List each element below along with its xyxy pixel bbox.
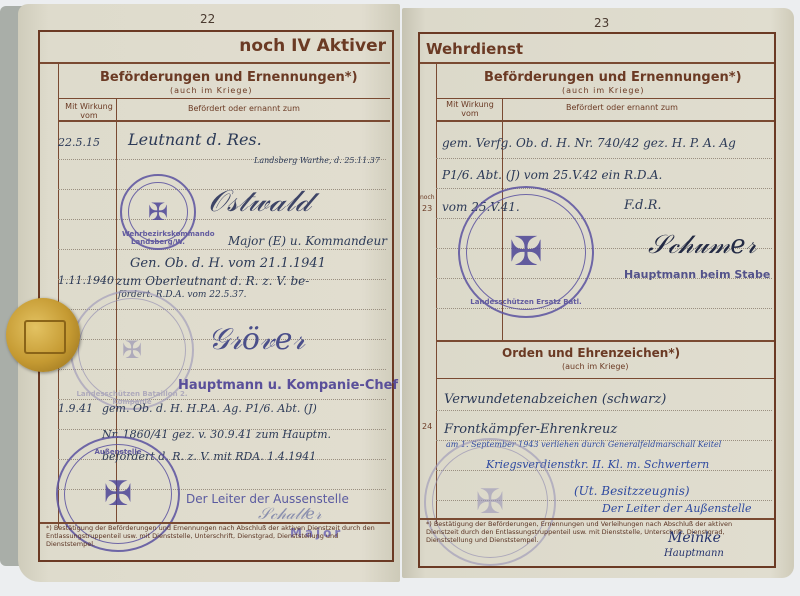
ruled-line [58,249,386,250]
page-number: 23 [594,16,609,30]
eagle-emblem-icon: ✠ [476,482,505,522]
ruled-line [58,219,386,220]
entry-text: Leutnant d. Res. [128,130,262,149]
signature: 𝒪𝓈𝓉𝓌𝒶𝓁𝒹 [208,184,311,219]
divider [40,62,390,64]
divider [436,378,774,379]
ruled-line [436,188,772,189]
entry-text: P1/6. Abt. (J) vom 25.V.42 ein R.D.A. [442,168,662,182]
divider [58,120,390,122]
stamp-wehrbezirkskommando: ✠ Wehrbezirkskommando Landsberg/W. [120,174,196,250]
entry-text: Gen. Ob. d. H. vom 21.1.1941 [130,256,326,271]
footnote: *) Bestätigung der Beförderungen und Ern… [46,524,386,548]
ruled-line [436,308,772,309]
section-title: Beförderungen und Ernennungen*) [100,70,358,85]
entry-date: 22.5.15 [58,136,100,149]
signature: 𝒮𝒸𝒽𝓊𝓂𝑒𝓇 [648,230,757,261]
divider [436,120,774,122]
section-title: Beförderungen und Ernennungen*) [484,70,742,85]
order-entry: Der Leiter der Außenstelle [602,502,752,515]
stamp-ersatz-bataillon: ✠ Landesschützen Ersatz Batl. [458,186,594,318]
col-rank-header: Befördert oder ernannt zum [566,103,678,112]
divider [436,98,774,99]
ruled-line [436,410,772,411]
divider [420,62,774,64]
orders-title: Orden und Ehrenzeichen*) [502,346,680,360]
col-date-header: Mit Wirkung vom [440,100,500,118]
left-page: 22 noch IV Aktiver Beförderungen und Ern… [18,4,400,582]
entry-date: 1.11.1940 [58,274,114,287]
entry-text: F.d.R. [624,198,662,213]
entry-text: Landsberg Warthe, d. 25.11.37 [254,156,380,165]
entry-text: Major (E) u. Kommandeur [228,234,387,248]
stamp-title: Hauptmann beim Stabe [624,268,770,281]
col-date-header: Mit Wirkung vom [62,102,116,120]
row-marker-24: 24 [422,422,432,431]
order-entry: (Ut. Besitzzeugnis) [574,484,690,498]
page-number: 22 [200,12,215,26]
order-entry: Verwundetenabzeichen (schwarz) [444,392,666,407]
row-marker-noch: noch [420,194,435,201]
ruled-line [436,158,772,159]
header-title: Wehrdienst [426,40,523,58]
stamp-title: Hauptmann u. Kompanie-Chef [178,378,398,393]
eagle-emblem-icon: ✠ [122,336,142,364]
margin-line [436,64,437,524]
brandenburg-gate-icon [24,320,66,354]
entry-text: gem. Ob. d. H. H.P.A. Ag. P1/6. Abt. (J) [102,402,317,415]
section-subtitle: (auch im Kriege) [562,86,644,95]
stamp-landesschuetzen-kompanie: ✠ Landesschützen Bataillon 2. Kompanie [70,290,194,410]
stamp-label: Außenstelle [58,448,178,456]
order-entry: Frontkämpfer-Ehrenkreuz [444,422,617,437]
entry-text: gem. Verfg. Ob. d. H. Nr. 740/42 gez. H.… [442,136,736,150]
signature-rank: Hauptmann [664,548,724,559]
eagle-emblem-icon: ✠ [104,474,133,514]
eagle-emblem-icon: ✠ [148,198,168,226]
euro-coin [6,298,80,372]
col-rank-header: Befördert oder ernannt zum [188,104,300,113]
divider [58,98,390,99]
signature: 𝒢𝓇ö𝓋𝑒𝓇 [208,322,305,357]
stamp-label: Landesschützen Ersatz Batl. [460,298,592,306]
orders-subtitle: (auch im Kriege) [562,362,628,371]
signature: 𝒮𝒸𝒽𝒶𝓁𝓁𝑒𝓇 [258,504,322,524]
eagle-emblem-icon: ✠ [509,229,543,275]
section-subtitle: (auch im Kriege) [170,86,252,95]
military-service-book: 22 noch IV Aktiver Beförderungen und Ern… [0,0,800,596]
row-marker-23: 23 [422,204,432,213]
header-title: noch IV Aktiver [239,36,386,56]
stamp-faint-aussenstelle: ✠ [424,438,556,566]
divider [436,340,774,342]
entry-date: 1.9.41 [58,402,93,415]
right-page: 23 Wehrdienst Beförderungen und Ernennun… [402,8,794,578]
signature-name: Meinke [668,530,721,546]
stamp-label: Wehrbezirkskommando Landsberg/W. [122,230,194,246]
entry-text: zum Oberleutnant d. R. z. V. be- [116,274,309,288]
